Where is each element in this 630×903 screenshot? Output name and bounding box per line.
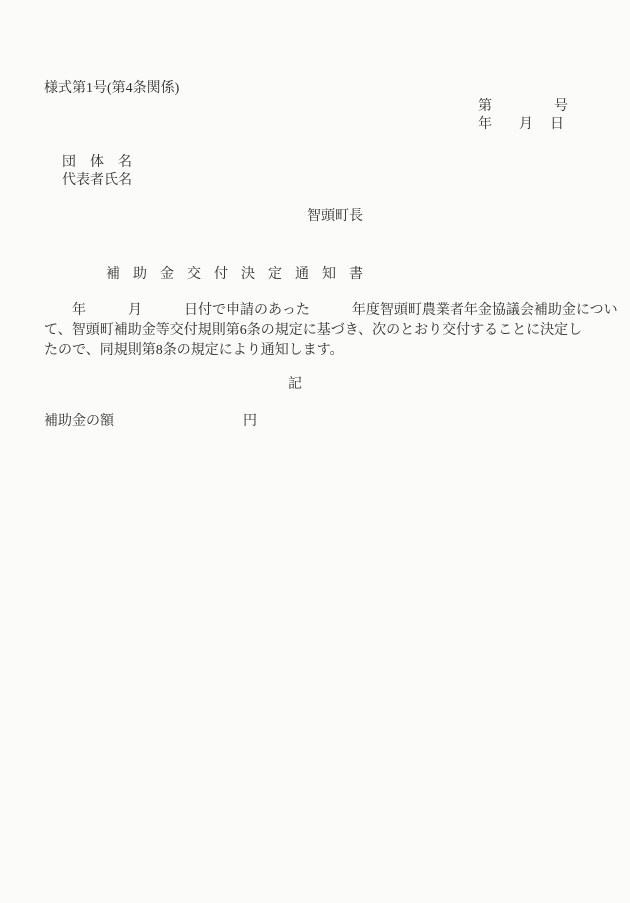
form-number-label: 様式第1号(第4条関係) [44,81,179,97]
issuer-mayor-label: 智頭町長 [307,209,363,225]
body-paragraph-line-2: て、智頭町補助金等交付規則第6条の規定に基づき、次のとおり交付することに決定し [44,323,582,339]
body-paragraph-line-1: 年 月 日付で申請のあった 年度智頭町農業者年金協議会補助金につい [44,303,618,319]
date-year-label: 年 [478,117,492,133]
recipient-representative-label: 代表者氏名 [62,173,132,189]
record-marker: 記 [288,377,302,393]
document-title: 補助金交付決定通知書 [106,267,376,283]
date-day-label: 日 [550,117,564,133]
subsidy-amount-unit-yen: 円 [243,414,257,430]
subsidy-amount-label: 補助金の額 [44,414,114,430]
document-page: 様式第1号(第4条関係) 第 号 年 月 日 団 体 名 代表者氏名 智頭町長 … [0,0,630,903]
doc-number-prefix: 第 [478,99,492,115]
body-paragraph-line-3: たので、同規則第8条の規定により通知します。 [44,343,344,359]
date-month-label: 月 [519,117,533,133]
doc-number-suffix: 号 [554,99,568,115]
recipient-organization-label: 団 体 名 [62,155,132,171]
